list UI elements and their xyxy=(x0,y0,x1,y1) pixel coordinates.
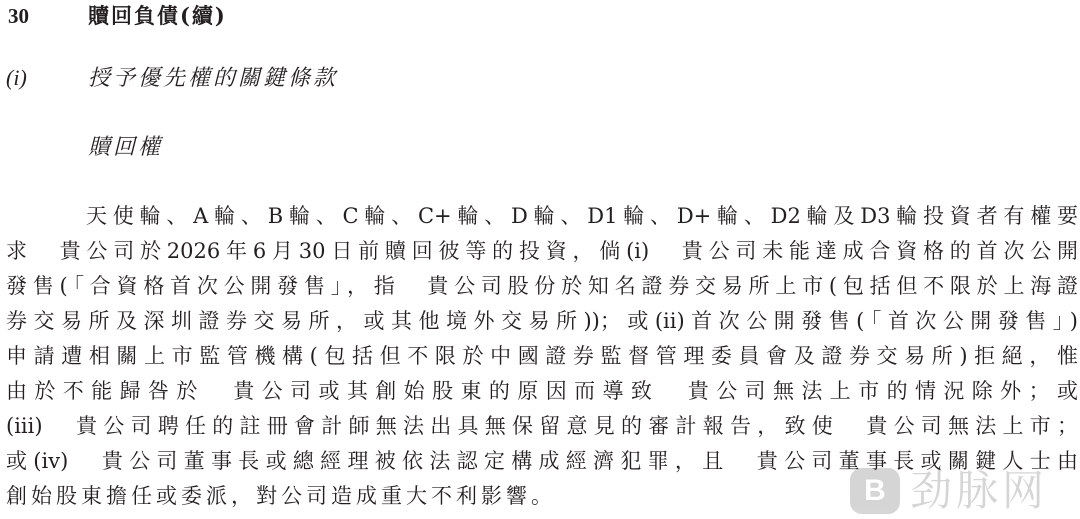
paragraph-line: (iii) 貴公司聘任的註冊會計師無法出具無保留意見的審計報告，致使 貴公司無法… xyxy=(6,409,1078,444)
subsubsection-title: 贖回權 xyxy=(88,133,163,163)
body-paragraph: 天使輪、A輪、B輪、C輪、C+輪、D輪、D1輪、D+輪、D2輪及D3輪投資者有權… xyxy=(6,199,1078,514)
paragraph-line: 申請遭相關上市監管機構(包括但不限於中國證券監督管理委員會及證券交易所)拒絕，惟 xyxy=(6,339,1078,374)
paragraph-line: 或(iv) 貴公司董事長或總經理被依法認定構成經濟犯罪，且 貴公司董事長或關鍵人… xyxy=(6,444,1078,479)
section-title: 贖回負債(續) xyxy=(88,3,227,28)
subsection-heading: (i)授予優先權的關鍵條款 xyxy=(6,63,338,94)
paragraph-line: 求 貴公司於2026年6月30日前贖回彼等的投資，倘(i) 貴公司未能達成合資格… xyxy=(6,234,1078,269)
section-number: 30 xyxy=(8,2,88,30)
paragraph-line: 由於不能歸咎於 貴公司或其創始股東的原因而導致 貴公司無法上市的情況除外；或 xyxy=(6,374,1078,409)
paragraph-line: 天使輪、A輪、B輪、C輪、C+輪、D輪、D1輪、D+輪、D2輪及D3輪投資者有權… xyxy=(6,199,1078,234)
subsection-title: 授予優先權的關鍵條款 xyxy=(88,66,338,91)
paragraph-line: 券交易所及深圳證券交易所，或其他境外交易所))；或(ii)首次公開發售(「首次公… xyxy=(6,304,1078,339)
paragraph-line: 發售(「合資格首次公開發售」，指 貴公司股份於知名證券交易所上市(包括但不限於上… xyxy=(6,269,1078,304)
subsection-index: (i) xyxy=(6,63,88,93)
paragraph-line: 創始股東擔任或委派，對公司造成重大不利影響。 xyxy=(6,479,1078,514)
section-heading: 30贖回負債(續) xyxy=(8,2,227,30)
